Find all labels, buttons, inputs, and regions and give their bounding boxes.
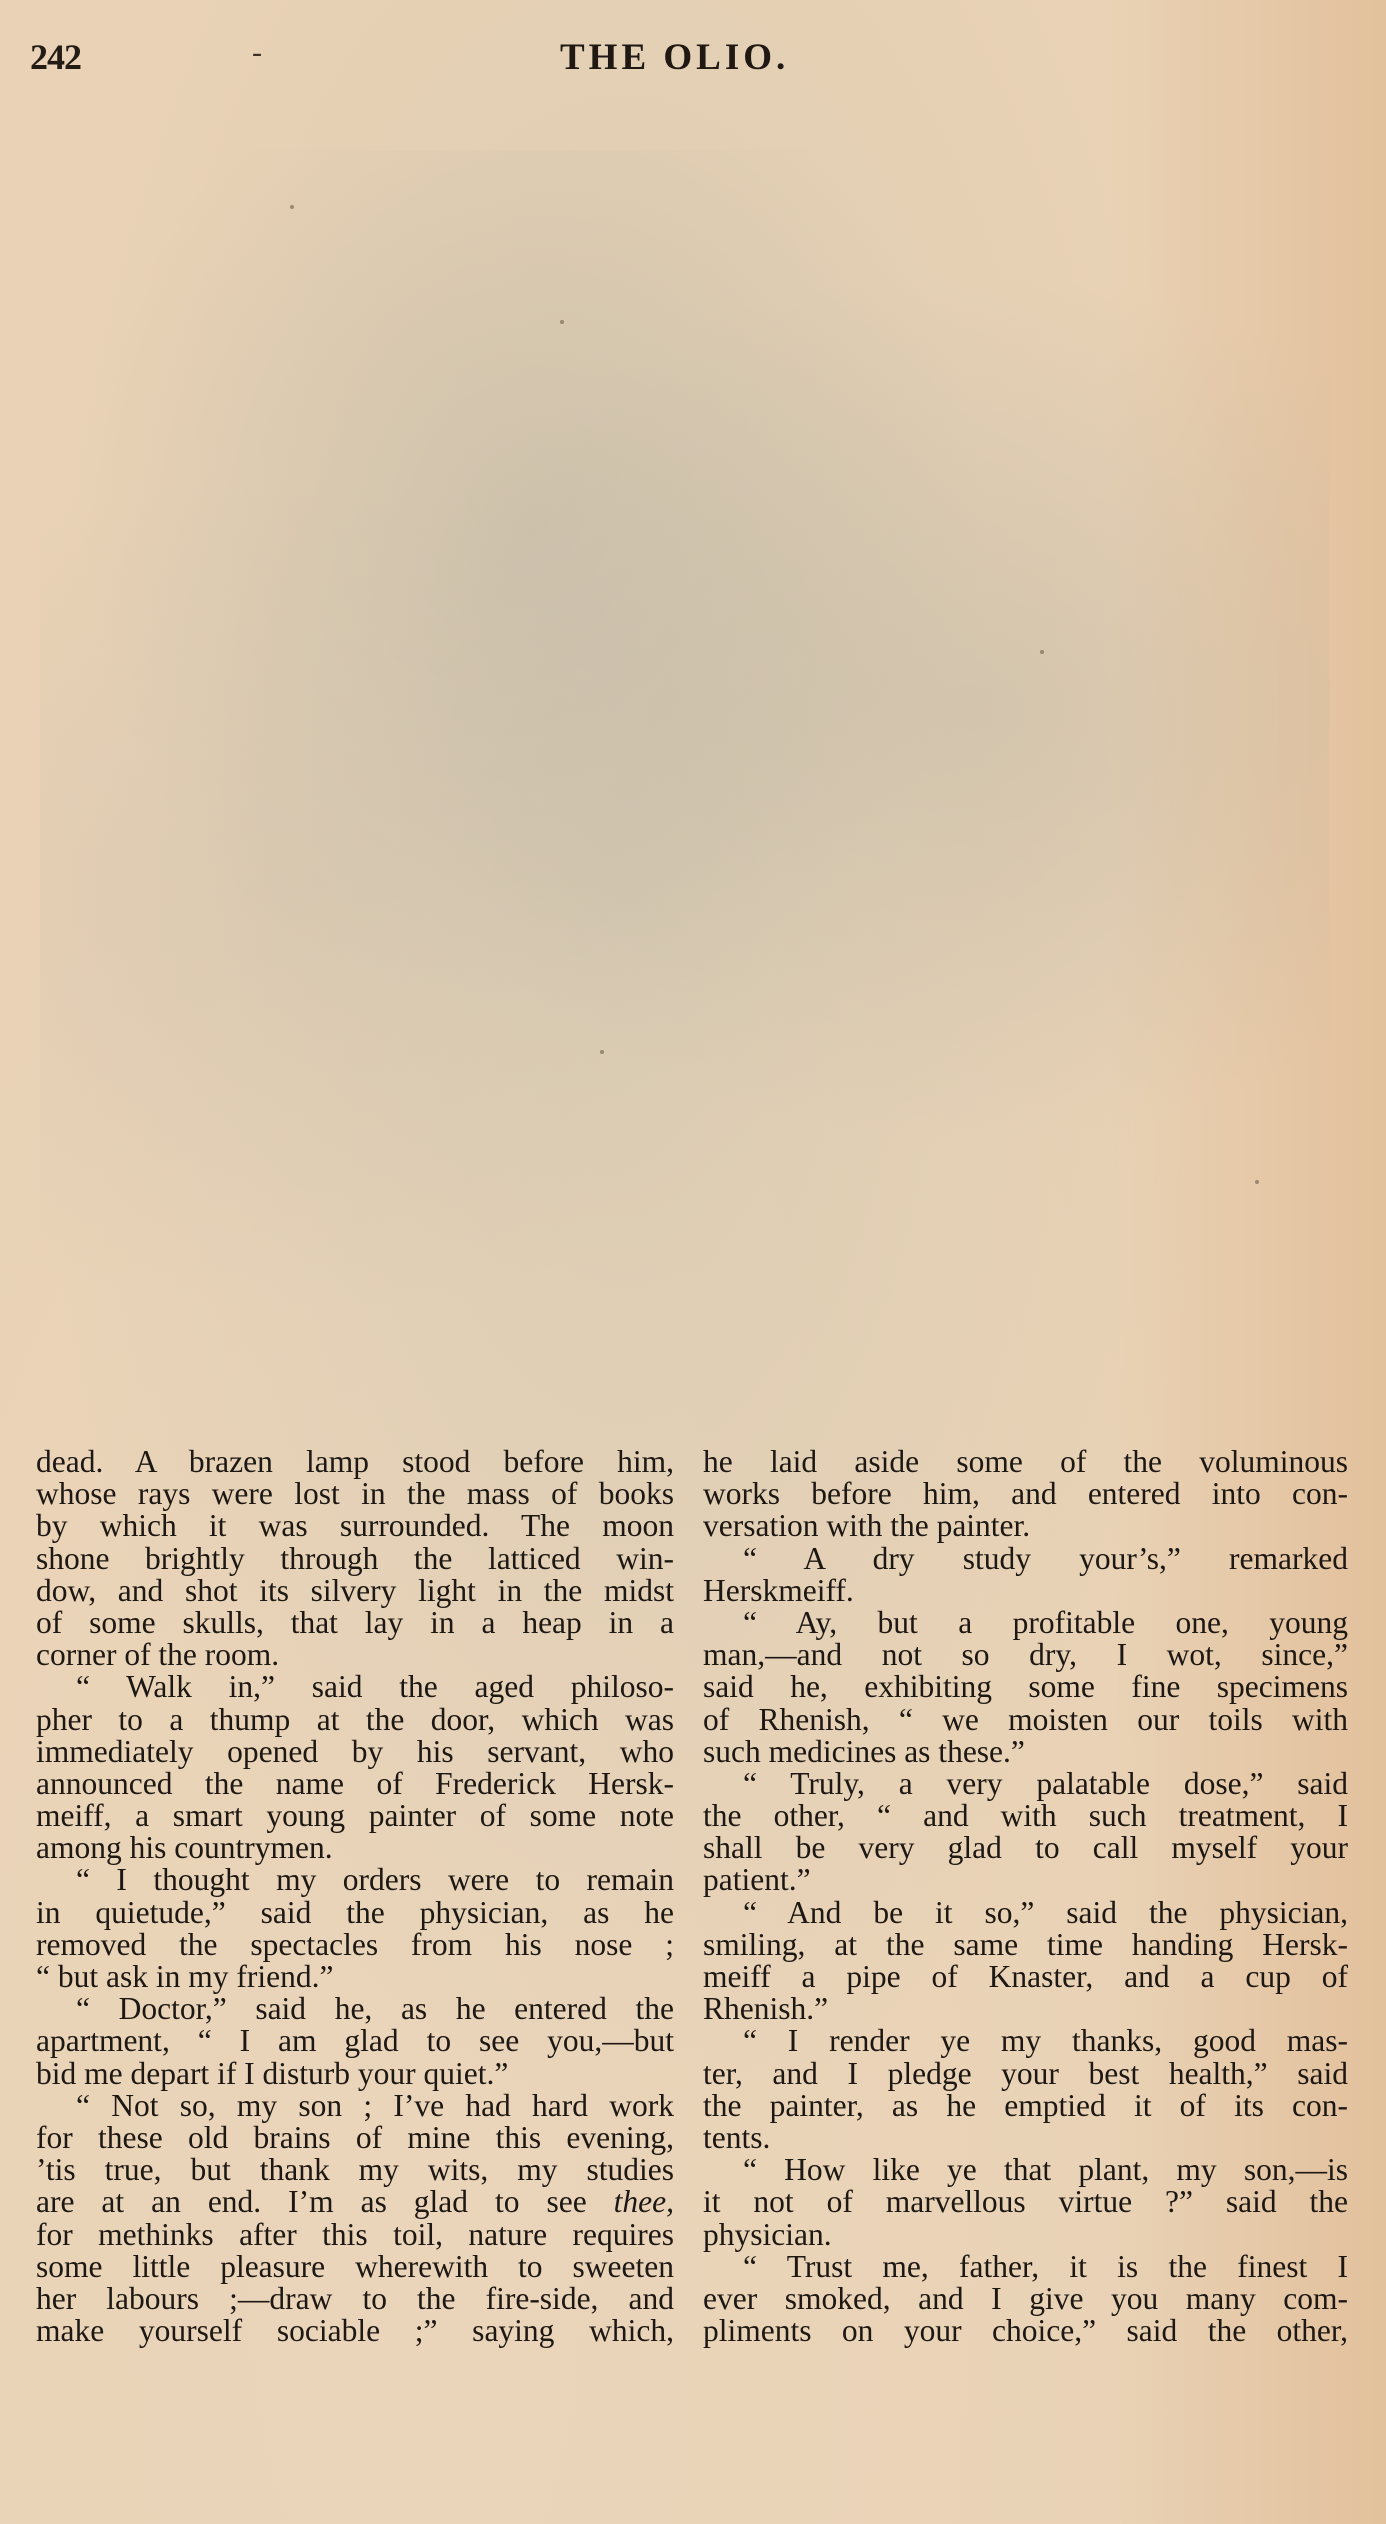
- left-column: dead. A brazen lamp stood before him,who…: [36, 1446, 674, 2347]
- italic-word: thee,: [614, 2184, 674, 2219]
- right-column: he laid aside some of the voluminouswork…: [703, 1446, 1348, 2347]
- text-line: removed the spectacles from his nose ;: [36, 1929, 674, 1961]
- text-line: “ Not so, my son ; I’ve had hard work: [36, 2090, 674, 2122]
- text-line-content: some little pleasure wherewith to sweete…: [36, 2249, 674, 2284]
- text-line: “ And be it so,” said the physician,: [703, 1897, 1348, 1929]
- page-number: 242: [30, 36, 81, 78]
- ink-speck: [560, 320, 564, 324]
- text-line: immediately opened by his servant, who: [36, 1736, 674, 1768]
- text-line: whose rays were lost in the mass of book…: [36, 1478, 674, 1510]
- text-line: “ How like ye that plant, my son,—is: [703, 2154, 1348, 2186]
- text-line-content: for these old brains of mine this evenin…: [36, 2120, 674, 2155]
- text-line: of some skulls, that lay in a heap in a: [36, 1607, 674, 1639]
- text-line: “ Doctor,” said he, as he entered the: [36, 1993, 674, 2025]
- text-line: for methinks after this toil, nature req…: [36, 2219, 674, 2251]
- text-line-content: whose rays were lost in the mass of book…: [36, 1476, 674, 1511]
- text-line: make yourself sociable ;” saying which,: [36, 2315, 674, 2347]
- text-line: ’tis true, but thank my wits, my studies: [36, 2154, 674, 2186]
- text-line-content: ’tis true, but thank my wits, my studies: [36, 2152, 674, 2187]
- text-line: Rhenish.”: [703, 1993, 1348, 2025]
- text-line-content: meiff, a smart young painter of some not…: [36, 1798, 674, 1833]
- text-line-content: pliments on your choice,” said the other…: [703, 2313, 1348, 2348]
- text-line-content: the painter, as he emptied it of its con…: [703, 2088, 1348, 2123]
- text-line: corner of the room.: [36, 1639, 674, 1671]
- text-line: “ Walk in,” said the aged philoso-: [36, 1671, 674, 1703]
- text-line-content: among his countrymen.: [36, 1830, 333, 1865]
- text-line: “ A dry study your’s,” remarked: [703, 1543, 1348, 1575]
- text-line: he laid aside some of the voluminous: [703, 1446, 1348, 1478]
- ink-speck: [600, 1050, 604, 1054]
- text-line: Herskmeiff.: [703, 1575, 1348, 1607]
- text-line: her labours ;—draw to the fire-side, and: [36, 2283, 674, 2315]
- running-title: THE OLIO.: [560, 36, 789, 79]
- text-line: the other, “ and with such treatment, I: [703, 1800, 1348, 1832]
- text-line-content: Rhenish.”: [703, 1991, 828, 2026]
- text-line: for these old brains of mine this evenin…: [36, 2122, 674, 2154]
- text-line: are at an end. I’m as glad to see thee,: [36, 2186, 674, 2218]
- text-line-content: are at an end. I’m as glad to see: [36, 2184, 614, 2219]
- text-line-content: of some skulls, that lay in a heap in a: [36, 1605, 674, 1640]
- text-line: tents.: [703, 2122, 1348, 2154]
- text-line-content: for methinks after this toil, nature req…: [36, 2217, 674, 2252]
- text-line: shone brightly through the latticed win-: [36, 1543, 674, 1575]
- text-line: of Rhenish, “ we moisten our toils with: [703, 1704, 1348, 1736]
- ink-speck: [290, 205, 294, 209]
- text-line-content: “ How like ye that plant, my son,—is: [743, 2152, 1348, 2187]
- text-line-content: physician.: [703, 2217, 832, 2252]
- text-line-content: ever smoked, and I give you many com-: [703, 2281, 1348, 2316]
- text-line-content: Herskmeiff.: [703, 1573, 854, 1608]
- text-line: works before him, and entered into con-: [703, 1478, 1348, 1510]
- page-header: 242 - THE OLIO.: [0, 28, 1386, 88]
- text-line: “ I thought my orders were to remain: [36, 1864, 674, 1896]
- text-line-content: such medicines as these.”: [703, 1734, 1025, 1769]
- text-line: by which it was surrounded. The moon: [36, 1510, 674, 1542]
- text-line: pliments on your choice,” said the other…: [703, 2315, 1348, 2347]
- text-line-content: make yourself sociable ;” saying which,: [36, 2313, 674, 2348]
- text-line-content: shone brightly through the latticed win-: [36, 1541, 674, 1576]
- text-line-content: it not of marvellous virtue ?” said the: [703, 2184, 1348, 2219]
- text-line-content: shall be very glad to call myself your: [703, 1830, 1348, 1865]
- text-line-content: dead. A brazen lamp stood before him,: [36, 1444, 674, 1479]
- text-line: dow, and shot its silvery light in the m…: [36, 1575, 674, 1607]
- text-line: physician.: [703, 2219, 1348, 2251]
- text-line-content: bid me depart if I disturb your quiet.”: [36, 2056, 508, 2091]
- text-line: dead. A brazen lamp stood before him,: [36, 1446, 674, 1478]
- text-line: apartment, “ I am glad to see you,—but: [36, 2025, 674, 2057]
- text-line-content: removed the spectacles from his nose ;: [36, 1927, 674, 1962]
- text-line-content: the other, “ and with such treatment, I: [703, 1798, 1348, 1833]
- text-line-content: tents.: [703, 2120, 770, 2155]
- text-line-content: he laid aside some of the voluminous: [703, 1444, 1348, 1479]
- text-line: “ Trust me, father, it is the finest I: [703, 2251, 1348, 2283]
- text-line-content: “ Doctor,” said he, as he entered the: [76, 1991, 674, 2026]
- text-line-content: “ Truly, a very palatable dose,” said: [743, 1766, 1348, 1801]
- text-line-content: “ A dry study your’s,” remarked: [743, 1541, 1348, 1576]
- text-line: smiling, at the same time handing Hersk-: [703, 1929, 1348, 1961]
- text-line-content: smiling, at the same time handing Hersk-: [703, 1927, 1348, 1962]
- text-line-content: “ Trust me, father, it is the finest I: [743, 2249, 1348, 2284]
- text-line: in quietude,” said the physician, as he: [36, 1897, 674, 1929]
- text-line: “ but ask in my friend.”: [36, 1961, 674, 1993]
- text-line: such medicines as these.”: [703, 1736, 1348, 1768]
- text-line-content: patient.”: [703, 1862, 811, 1897]
- text-line-content: “ I thought my orders were to remain: [76, 1862, 674, 1897]
- text-line: it not of marvellous virtue ?” said the: [703, 2186, 1348, 2218]
- text-line: meiff a pipe of Knaster, and a cup of: [703, 1961, 1348, 1993]
- header-dash: -: [252, 36, 262, 70]
- text-line: bid me depart if I disturb your quiet.”: [36, 2058, 674, 2090]
- text-line: ever smoked, and I give you many com-: [703, 2283, 1348, 2315]
- text-line: pher to a thump at the door, which was: [36, 1704, 674, 1736]
- text-line-content: apartment, “ I am glad to see you,—but: [36, 2023, 674, 2058]
- text-line-content: said he, exhibiting some fine specimens: [703, 1669, 1348, 1704]
- text-line-content: by which it was surrounded. The moon: [36, 1508, 674, 1543]
- text-line-content: her labours ;—draw to the fire-side, and: [36, 2281, 674, 2316]
- text-line: “ Truly, a very palatable dose,” said: [703, 1768, 1348, 1800]
- text-line-content: versation with the painter.: [703, 1508, 1030, 1543]
- text-line: said he, exhibiting some fine specimens: [703, 1671, 1348, 1703]
- text-line-content: “ And be it so,” said the physician,: [743, 1895, 1348, 1930]
- text-line: “ Ay, but a profitable one, young: [703, 1607, 1348, 1639]
- text-line: the painter, as he emptied it of its con…: [703, 2090, 1348, 2122]
- text-line-content: in quietude,” said the physician, as he: [36, 1895, 674, 1930]
- text-line-content: meiff a pipe of Knaster, and a cup of: [703, 1959, 1348, 1994]
- text-line-content: of Rhenish, “ we moisten our toils with: [703, 1702, 1348, 1737]
- text-line: meiff, a smart young painter of some not…: [36, 1800, 674, 1832]
- ink-speck: [1255, 1180, 1259, 1184]
- text-line-content: “ Walk in,” said the aged philoso-: [76, 1669, 674, 1704]
- text-line: some little pleasure wherewith to sweete…: [36, 2251, 674, 2283]
- faded-illustration: [40, 150, 1330, 1390]
- text-line: patient.”: [703, 1864, 1348, 1896]
- text-line-content: immediately opened by his servant, who: [36, 1734, 674, 1769]
- text-line-content: announced the name of Frederick Hersk-: [36, 1766, 674, 1801]
- text-line-content: pher to a thump at the door, which was: [36, 1702, 674, 1737]
- text-line: shall be very glad to call myself your: [703, 1832, 1348, 1864]
- text-line: announced the name of Frederick Hersk-: [36, 1768, 674, 1800]
- ink-speck: [1040, 650, 1044, 654]
- text-line-content: works before him, and entered into con-: [703, 1476, 1348, 1511]
- text-line-content: ter, and I pledge your best health,” sai…: [703, 2056, 1348, 2091]
- text-line-content: “ but ask in my friend.”: [36, 1959, 333, 1994]
- text-line-content: dow, and shot its silvery light in the m…: [36, 1573, 674, 1608]
- text-line-content: “ I render ye my thanks, good mas-: [743, 2023, 1348, 2058]
- text-line-content: corner of the room.: [36, 1637, 279, 1672]
- text-line: ter, and I pledge your best health,” sai…: [703, 2058, 1348, 2090]
- text-line: “ I render ye my thanks, good mas-: [703, 2025, 1348, 2057]
- text-line: versation with the painter.: [703, 1510, 1348, 1542]
- text-line-content: “ Not so, my son ; I’ve had hard work: [76, 2088, 674, 2123]
- text-line-content: man,—and not so dry, I wot, since,”: [703, 1637, 1348, 1672]
- text-line: man,—and not so dry, I wot, since,”: [703, 1639, 1348, 1671]
- text-line-content: “ Ay, but a profitable one, young: [743, 1605, 1348, 1640]
- text-line: among his countrymen.: [36, 1832, 674, 1864]
